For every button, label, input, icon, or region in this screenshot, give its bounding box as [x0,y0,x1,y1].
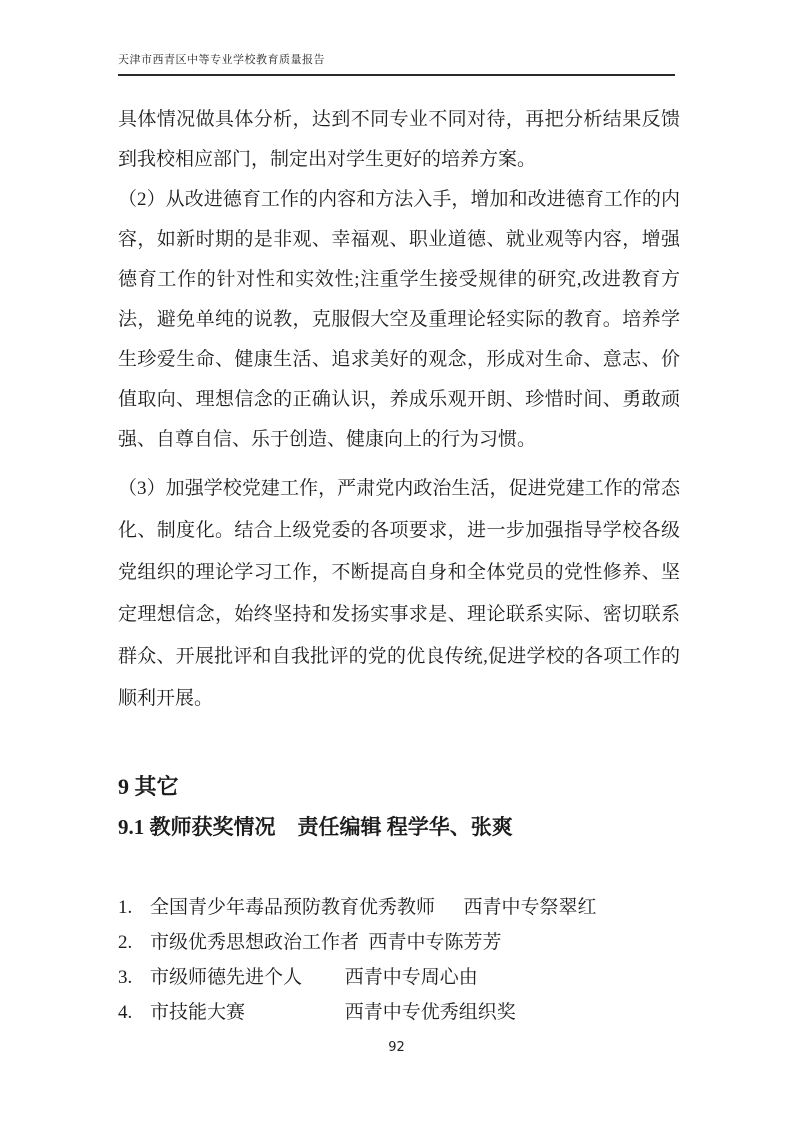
page-header: 天津市西青区中等专业学校教育质量报告 [118,53,675,76]
subsection-title: 9.1 教师获奖情况 [118,815,276,839]
award-list-item: 3.市级师德先进个人 西青中专周心由 [118,960,680,995]
award-item-gap [245,1002,345,1023]
award-list: 1.全国青少年毒品预防教育优秀教师 西青中专祭翠红 2.市级优秀思想政治工作者 … [118,890,680,1030]
document-body: 具体情况做具体分析，达到不同专业不同对待，再把分析结果反馈到我校相应部门，制定出… [118,100,680,1030]
award-list-item: 4.市技能大赛 西青中专优秀组织奖 [118,995,680,1030]
award-item-title: 全国青少年毒品预防教育优秀教师 [150,897,435,918]
award-item-title: 市级优秀思想政治工作者 [150,932,359,953]
award-item-gap [302,967,345,988]
section-heading: 9 其它 [118,772,680,802]
page-number: 92 [0,1040,793,1055]
body-paragraph: （2）从改进德育工作的内容和方法入手，增加和改进德育工作的内容，如新时期的是非观… [118,180,680,460]
body-paragraph: （3）加强学校党建工作，严肃党内政治生活，促进党建工作的常态化、制度化。结合上级… [118,468,680,720]
document-page: 天津市西青区中等专业学校教育质量报告 具体情况做具体分析，达到不同专业不同对待，… [0,0,793,1122]
award-list-item: 1.全国青少年毒品预防教育优秀教师 西青中专祭翠红 [118,890,680,925]
award-item-number: 4. [118,995,150,1030]
subsection-editors: 责任编辑 程学华、张爽 [298,815,513,839]
subsection-heading: 9.1 教师获奖情况责任编辑 程学华、张爽 [118,812,680,842]
award-item-gap [359,932,369,953]
award-item-number: 1. [118,890,150,925]
award-item-title: 市技能大赛 [150,1002,245,1023]
award-list-item: 2.市级优秀思想政治工作者 西青中专陈芳芳 [118,925,680,960]
award-item-number: 2. [118,925,150,960]
award-item-gap [435,897,464,918]
body-paragraph: 具体情况做具体分析，达到不同专业不同对待，再把分析结果反馈到我校相应部门，制定出… [118,100,680,180]
award-item-title: 市级师德先进个人 [150,967,302,988]
award-item-recipient: 西青中专优秀组织奖 [345,1002,516,1023]
award-item-recipient: 西青中专陈芳芳 [369,932,502,953]
award-item-recipient: 西青中专祭翠红 [464,897,597,918]
header-title: 天津市西青区中等专业学校教育质量报告 [118,54,325,66]
award-item-recipient: 西青中专周心由 [345,967,478,988]
award-item-number: 3. [118,960,150,995]
